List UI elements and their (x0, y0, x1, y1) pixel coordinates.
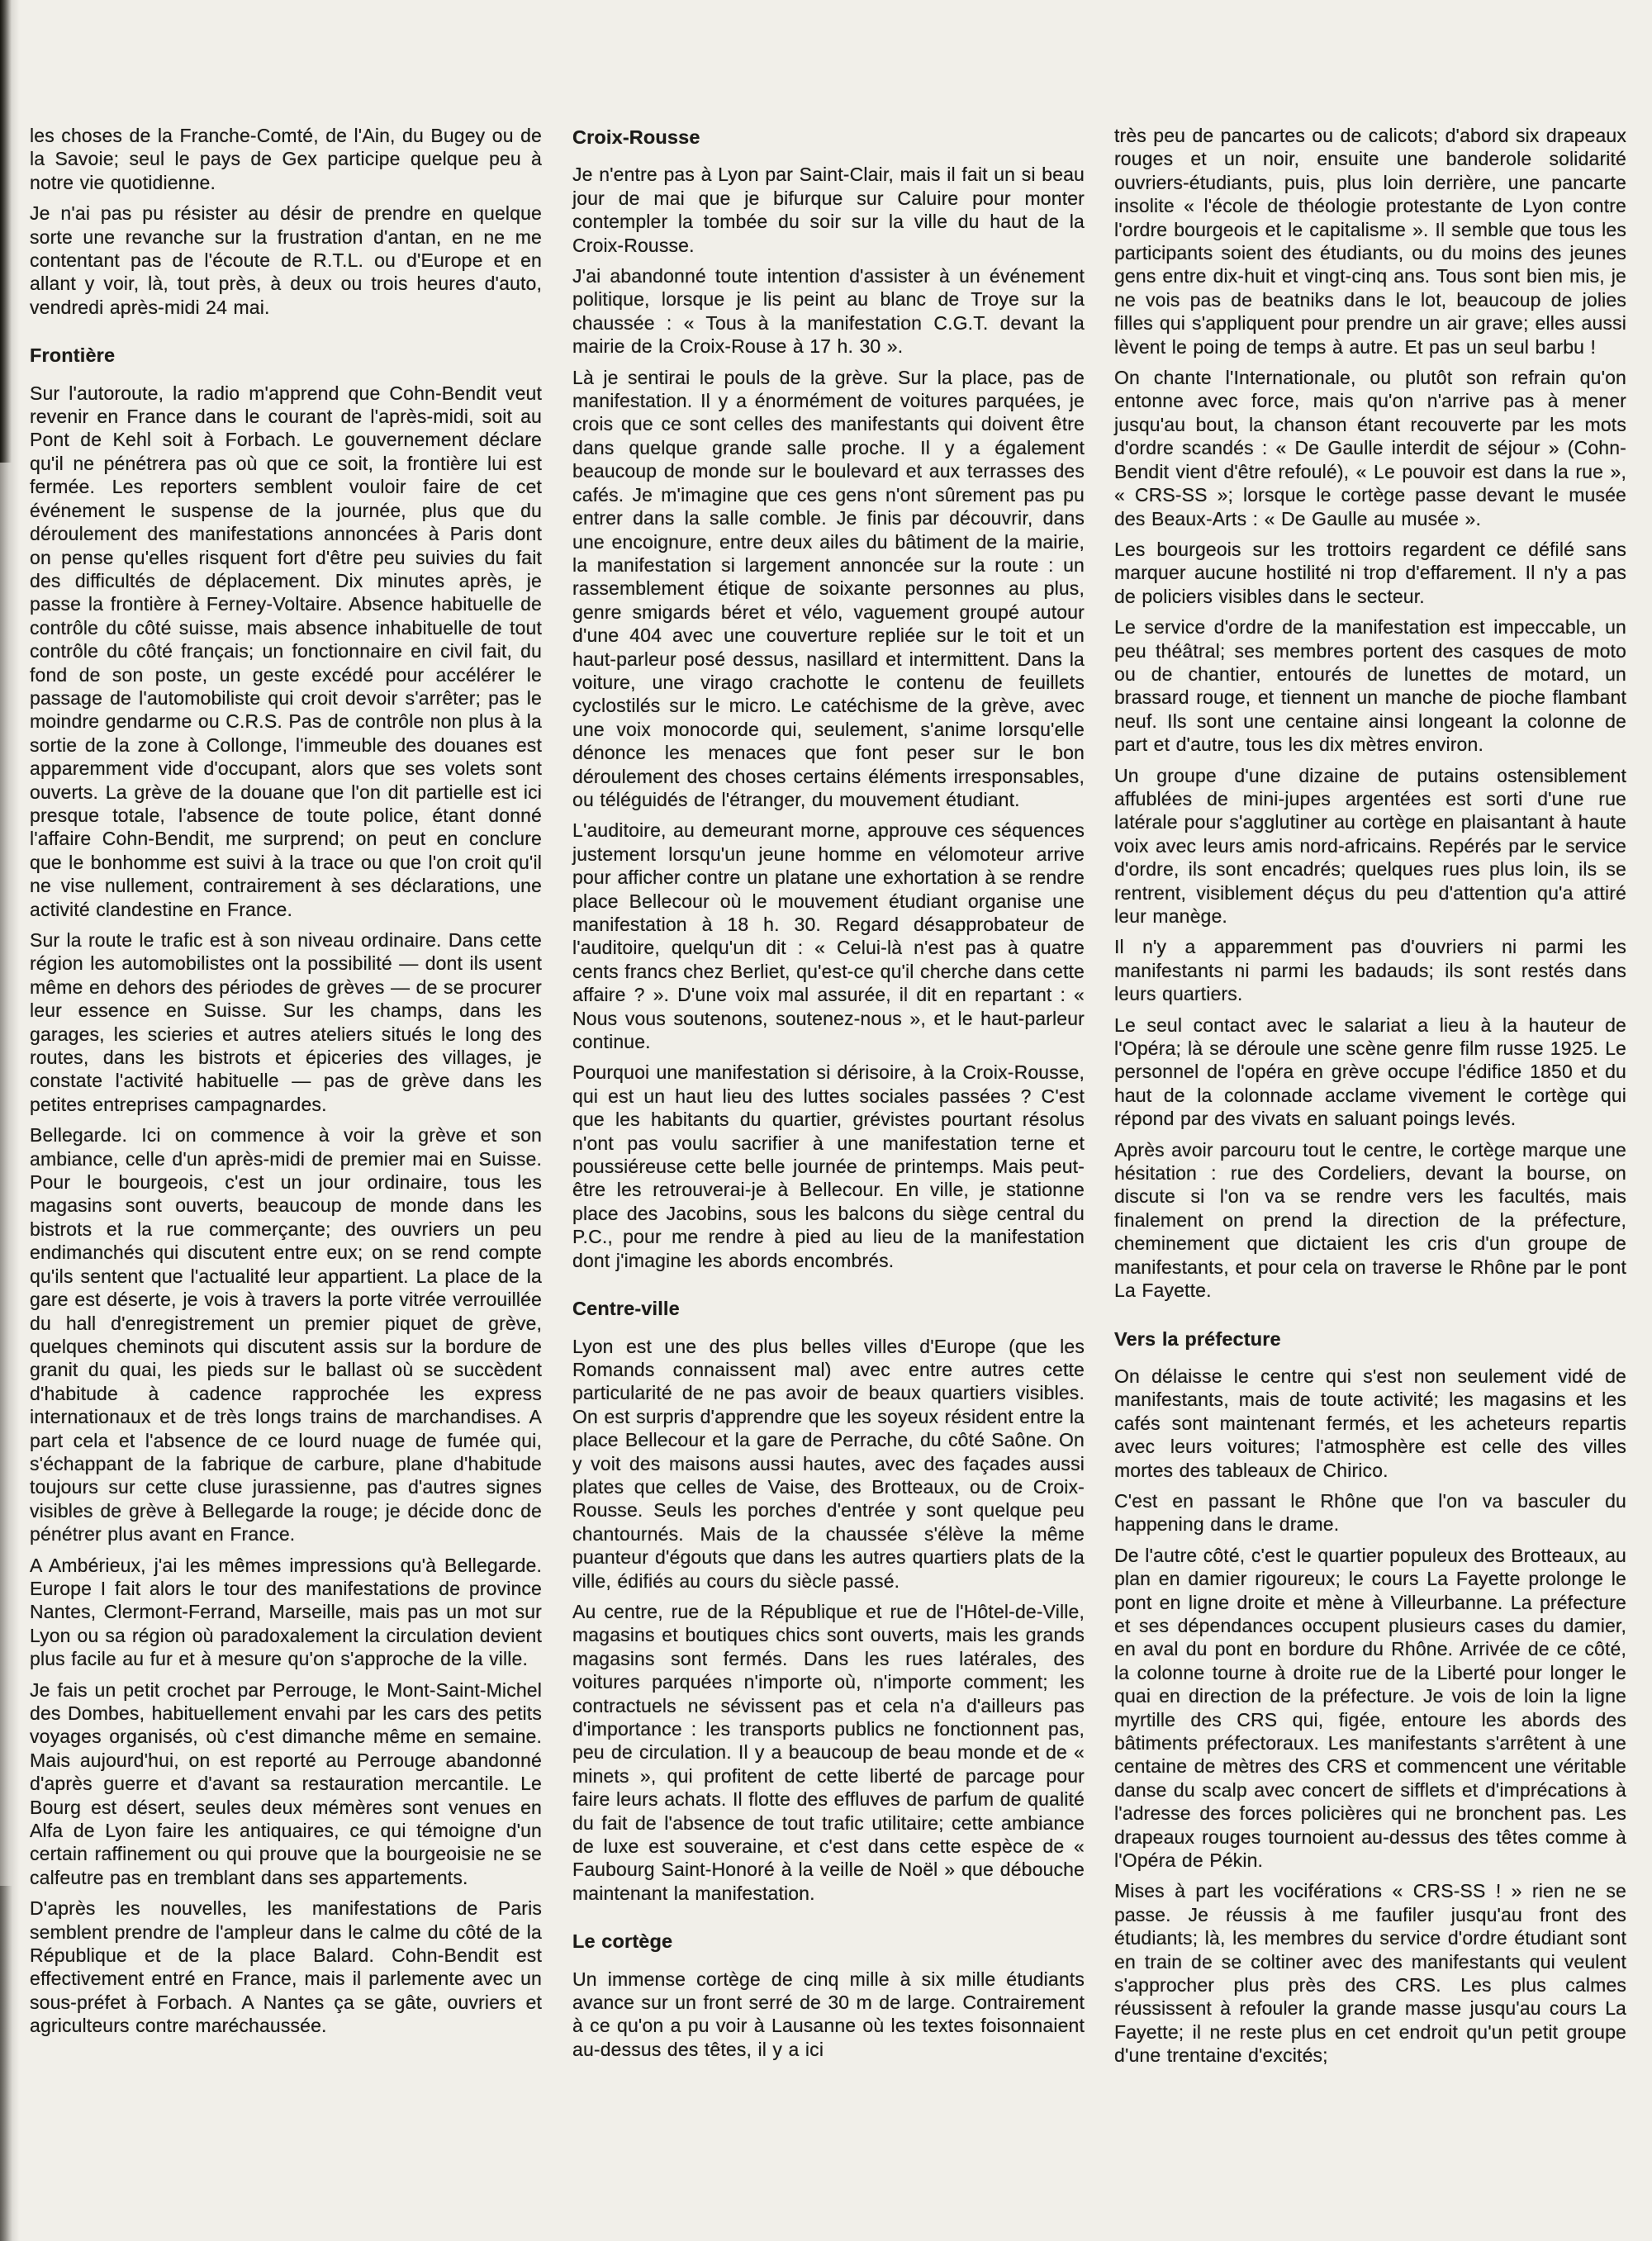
paragraph: Après avoir parcouru tout le centre, le … (1114, 1138, 1626, 1303)
paragraph: Un immense cortège de cinq mille à six m… (572, 1968, 1085, 2062)
paragraph: Lyon est une des plus belles villes d'Eu… (572, 1335, 1085, 1593)
paragraph: D'après les nouvelles, les manifestation… (30, 1897, 542, 2037)
paragraph: Là je sentirai le pouls de la grève. Sur… (572, 366, 1085, 812)
column-1: les choses de la Franche-Comté, de l'Ain… (30, 124, 542, 2045)
column-2: Croix-RousseJe n'entre pas à Lyon par Sa… (572, 124, 1085, 2068)
paragraph: A Ambérieux, j'ai les mêmes impressions … (30, 1554, 542, 1671)
paragraph: De l'autre côté, c'est le quartier popul… (1114, 1544, 1626, 1873)
paragraph: Au centre, rue de la République et rue d… (572, 1600, 1085, 1905)
scan-spine-shadow-top (0, 0, 12, 463)
paragraph: très peu de pancartes ou de calicots; d'… (1114, 124, 1626, 358)
paragraph: Je n'entre pas à Lyon par Saint-Clair, m… (572, 163, 1085, 257)
paragraph: Le seul contact avec le salariat a lieu … (1114, 1014, 1626, 1131)
paragraph: On chante l'Internationale, ou plutôt so… (1114, 366, 1626, 530)
paragraph: L'auditoire, au demeurant morne, approuv… (572, 819, 1085, 1053)
scan-spine-shadow-bottom (0, 1886, 12, 2241)
section-heading: Croix-Rousse (572, 126, 1085, 149)
paragraph: Les bourgeois sur les trottoirs regarden… (1114, 538, 1626, 608)
paragraph: Bellegarde. Ici on commence à voir la gr… (30, 1123, 542, 1545)
paragraph: Sur l'autoroute, la radio m'apprend que … (30, 382, 542, 921)
paragraph: On délaisse le centre qui s'est non seul… (1114, 1365, 1626, 1482)
paragraph: Je n'ai pas pu résister au désir de pren… (30, 202, 542, 319)
paragraph: Le service d'ordre de la manifestation e… (1114, 615, 1626, 756)
scanned-page: les choses de la Franche-Comté, de l'Ain… (0, 0, 1652, 2241)
section-heading: Le cortège (572, 1930, 1085, 1953)
paragraph: Mises à part les vociférations « CRS-SS … (1114, 1879, 1626, 2067)
paragraph: les choses de la Franche-Comté, de l'Ain… (30, 124, 542, 194)
paragraph: Pourquoi une manifestation si dérisoire,… (572, 1061, 1085, 1272)
section-heading: Vers la préfecture (1114, 1327, 1626, 1351)
paragraph: Un groupe d'une dizaine de putains osten… (1114, 764, 1626, 928)
section-heading: Frontière (30, 344, 542, 367)
section-heading: Centre-ville (572, 1297, 1085, 1320)
paragraph: Je fais un petit crochet par Perrouge, l… (30, 1678, 542, 1890)
column-3: très peu de pancartes ou de calicots; d'… (1114, 124, 1626, 2075)
paragraph: Il n'y a apparemment pas d'ouvriers ni p… (1114, 935, 1626, 1005)
paragraph: Sur la route le trafic est à son niveau … (30, 928, 542, 1116)
paragraph: C'est en passant le Rhône que l'on va ba… (1114, 1489, 1626, 1536)
paragraph: J'ai abandonné toute intention d'assiste… (572, 264, 1085, 358)
